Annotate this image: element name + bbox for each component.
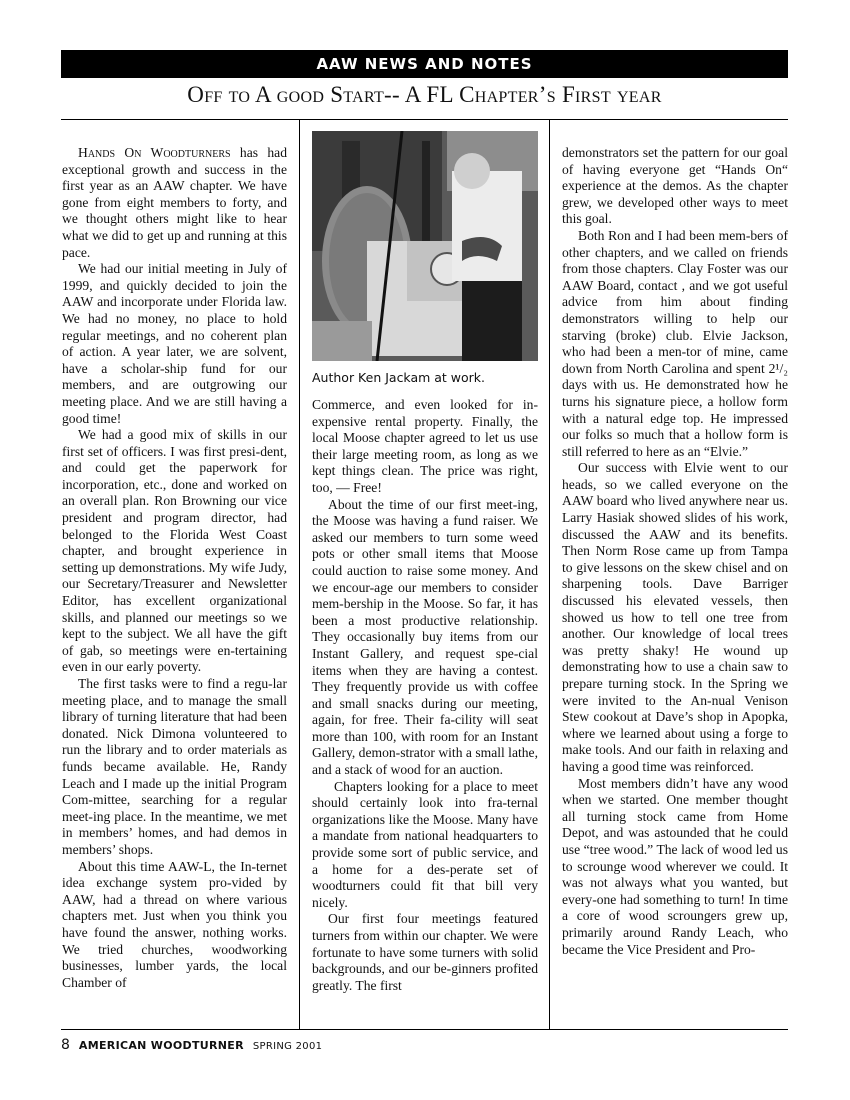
paragraph: Our first four meetings featured turners… <box>312 911 538 994</box>
paragraph: Most members didn’t have any wood when w… <box>562 776 788 959</box>
paragraph: The first tasks were to find a regu-lar … <box>62 676 287 859</box>
paragraph: Hands On Woodturners has had exceptional… <box>62 145 287 261</box>
page-number: 8 <box>61 1037 70 1053</box>
paragraph: We had a good mix of skills in our first… <box>62 427 287 676</box>
lead-in: Hands On Woodturners <box>78 145 231 160</box>
lathe-photo-icon <box>312 131 538 361</box>
article-column-2: Commerce, and even looked for in-expensi… <box>312 397 538 994</box>
paragraph: demonstrators set the pattern for our go… <box>562 145 788 228</box>
paragraph: About the time of our first meet-ing, th… <box>312 497 538 779</box>
paragraph: Chapters looking for a place to meet sho… <box>312 779 538 912</box>
paragraph: Commerce, and even looked for in-expensi… <box>312 397 538 497</box>
photo-woodturner-at-lathe <box>312 131 538 361</box>
section-banner: AAW NEWS AND NOTES <box>61 50 788 78</box>
issue-date: SPRING 2001 <box>253 1041 322 1052</box>
section-label: AAW NEWS AND NOTES <box>316 55 532 73</box>
paragraph: Our success with Elvie went to our heads… <box>562 460 788 775</box>
column-divider-1 <box>299 119 300 1030</box>
article-column-1: Hands On Woodturners has had exceptional… <box>62 145 287 991</box>
article-column-3: demonstrators set the pattern for our go… <box>562 145 788 958</box>
page-footer: 8 AMERICAN WOODTURNER SPRING 2001 <box>61 1037 322 1053</box>
paragraph: About this time AAW-L, the In-ternet ide… <box>62 859 287 992</box>
column-divider-2 <box>549 119 550 1030</box>
paragraph: Both Ron and I had been mem-bers of othe… <box>562 228 788 460</box>
photo-caption: Author Ken Jackam at work. <box>312 370 538 385</box>
top-rule <box>61 119 788 120</box>
article-title: Off to A good Start-- A FL Chapter’s Fir… <box>61 82 788 108</box>
bottom-rule <box>61 1029 788 1030</box>
paragraph: We had our initial meeting in July of 19… <box>62 261 287 427</box>
magazine-name: AMERICAN WOODTURNER <box>79 1039 244 1052</box>
